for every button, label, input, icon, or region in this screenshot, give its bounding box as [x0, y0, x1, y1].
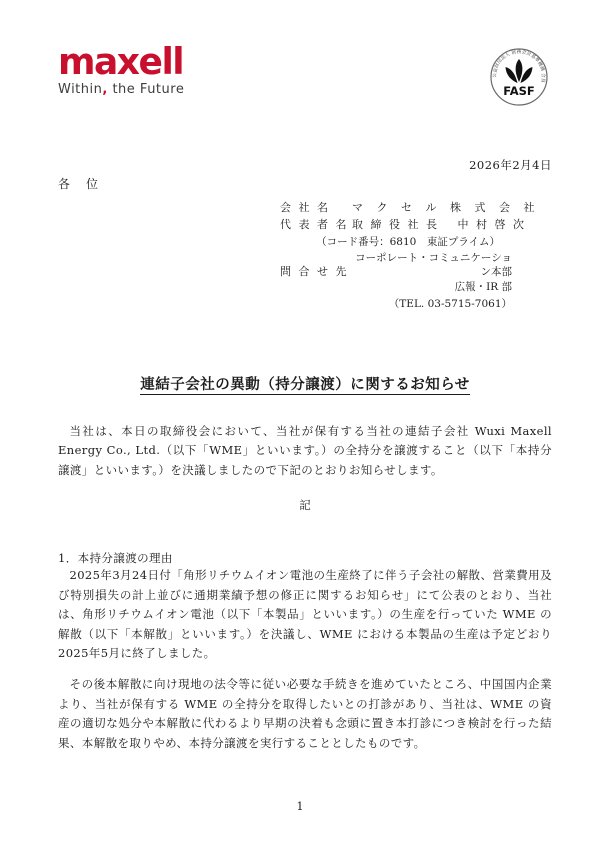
stock-code-line: （コード番号：6810 東証プライム） — [280, 234, 552, 251]
company-name-label: 会 社 名 — [280, 200, 352, 217]
section1-heading: 1．本持分譲渡の理由 — [58, 550, 552, 566]
maxell-wordmark: maxell — [58, 45, 183, 82]
contact-row: 問 合 せ 先 コーポレート・コミュニケーション本部 広報・IR 部 — [280, 251, 552, 295]
page-number: 1 — [0, 800, 600, 813]
press-release-page: maxell Within, the Future 公益財団法人 財務会計基準機… — [0, 0, 600, 862]
ki-marker: 記 — [58, 497, 552, 513]
tagline-rest: the Future — [108, 82, 185, 97]
title-row: 連結子会社の異動（持分譲渡）に関するお知らせ — [58, 373, 552, 394]
maxell-tagline: Within, the Future — [58, 83, 184, 96]
company-name-row: 会 社 名 マ ク セ ル 株 式 会 社 — [280, 200, 552, 217]
contact-tel: （TEL. 03-5715-7061） — [280, 296, 552, 313]
release-date: 2026年2月4日 — [58, 157, 552, 173]
representative-value: 取 締 役 社 長 中 村 啓 次 — [352, 217, 552, 234]
company-name-value: マ ク セ ル 株 式 会 社 — [352, 200, 552, 217]
page-content: maxell Within, the Future 公益財団法人 財務会計基準機… — [0, 0, 600, 753]
maxell-logo: maxell Within, the Future — [58, 45, 184, 96]
addressee: 各 位 — [58, 175, 552, 192]
fasf-stamp-icon: 公益財団法人 財務会計基準機構 会員 FASF — [488, 45, 550, 109]
contact-division: コーポレート・コミュニケーション本部 — [352, 251, 512, 280]
intro-paragraph: 当社は、本日の取締役会において、当社が保有する当社の連結子会社 Wuxi Max… — [58, 422, 552, 481]
representative-row: 代 表 者 名 取 締 役 社 長 中 村 啓 次 — [280, 217, 552, 234]
page-title: 連結子会社の異動（持分譲渡）に関するお知らせ — [140, 376, 470, 395]
representative-label: 代 表 者 名 — [280, 217, 352, 234]
fasf-stamp: 公益財団法人 財務会計基準機構 会員 FASF — [488, 45, 550, 113]
contact-label: 問 合 せ 先 — [280, 264, 352, 281]
tagline-word: Within — [58, 82, 102, 97]
section1-paragraph-1: 2025年3月24日付「角形リチウムイオン電池の生産終了に伴う子会社の解散、営業… — [58, 566, 552, 664]
contact-department: 広報・IR 部 — [352, 280, 512, 295]
contact-lines: コーポレート・コミュニケーション本部 広報・IR 部 — [352, 251, 552, 295]
company-info-block: 会 社 名 マ ク セ ル 株 式 会 社 代 表 者 名 取 締 役 社 長 … — [280, 200, 552, 313]
fasf-label: FASF — [503, 84, 535, 98]
header-row: maxell Within, the Future 公益財団法人 財務会計基準機… — [58, 45, 552, 109]
section1-paragraph-2: その後本解散に向け現地の法令等に従い必要な手続きを進めていたところ、中国国内企業… — [58, 675, 552, 753]
